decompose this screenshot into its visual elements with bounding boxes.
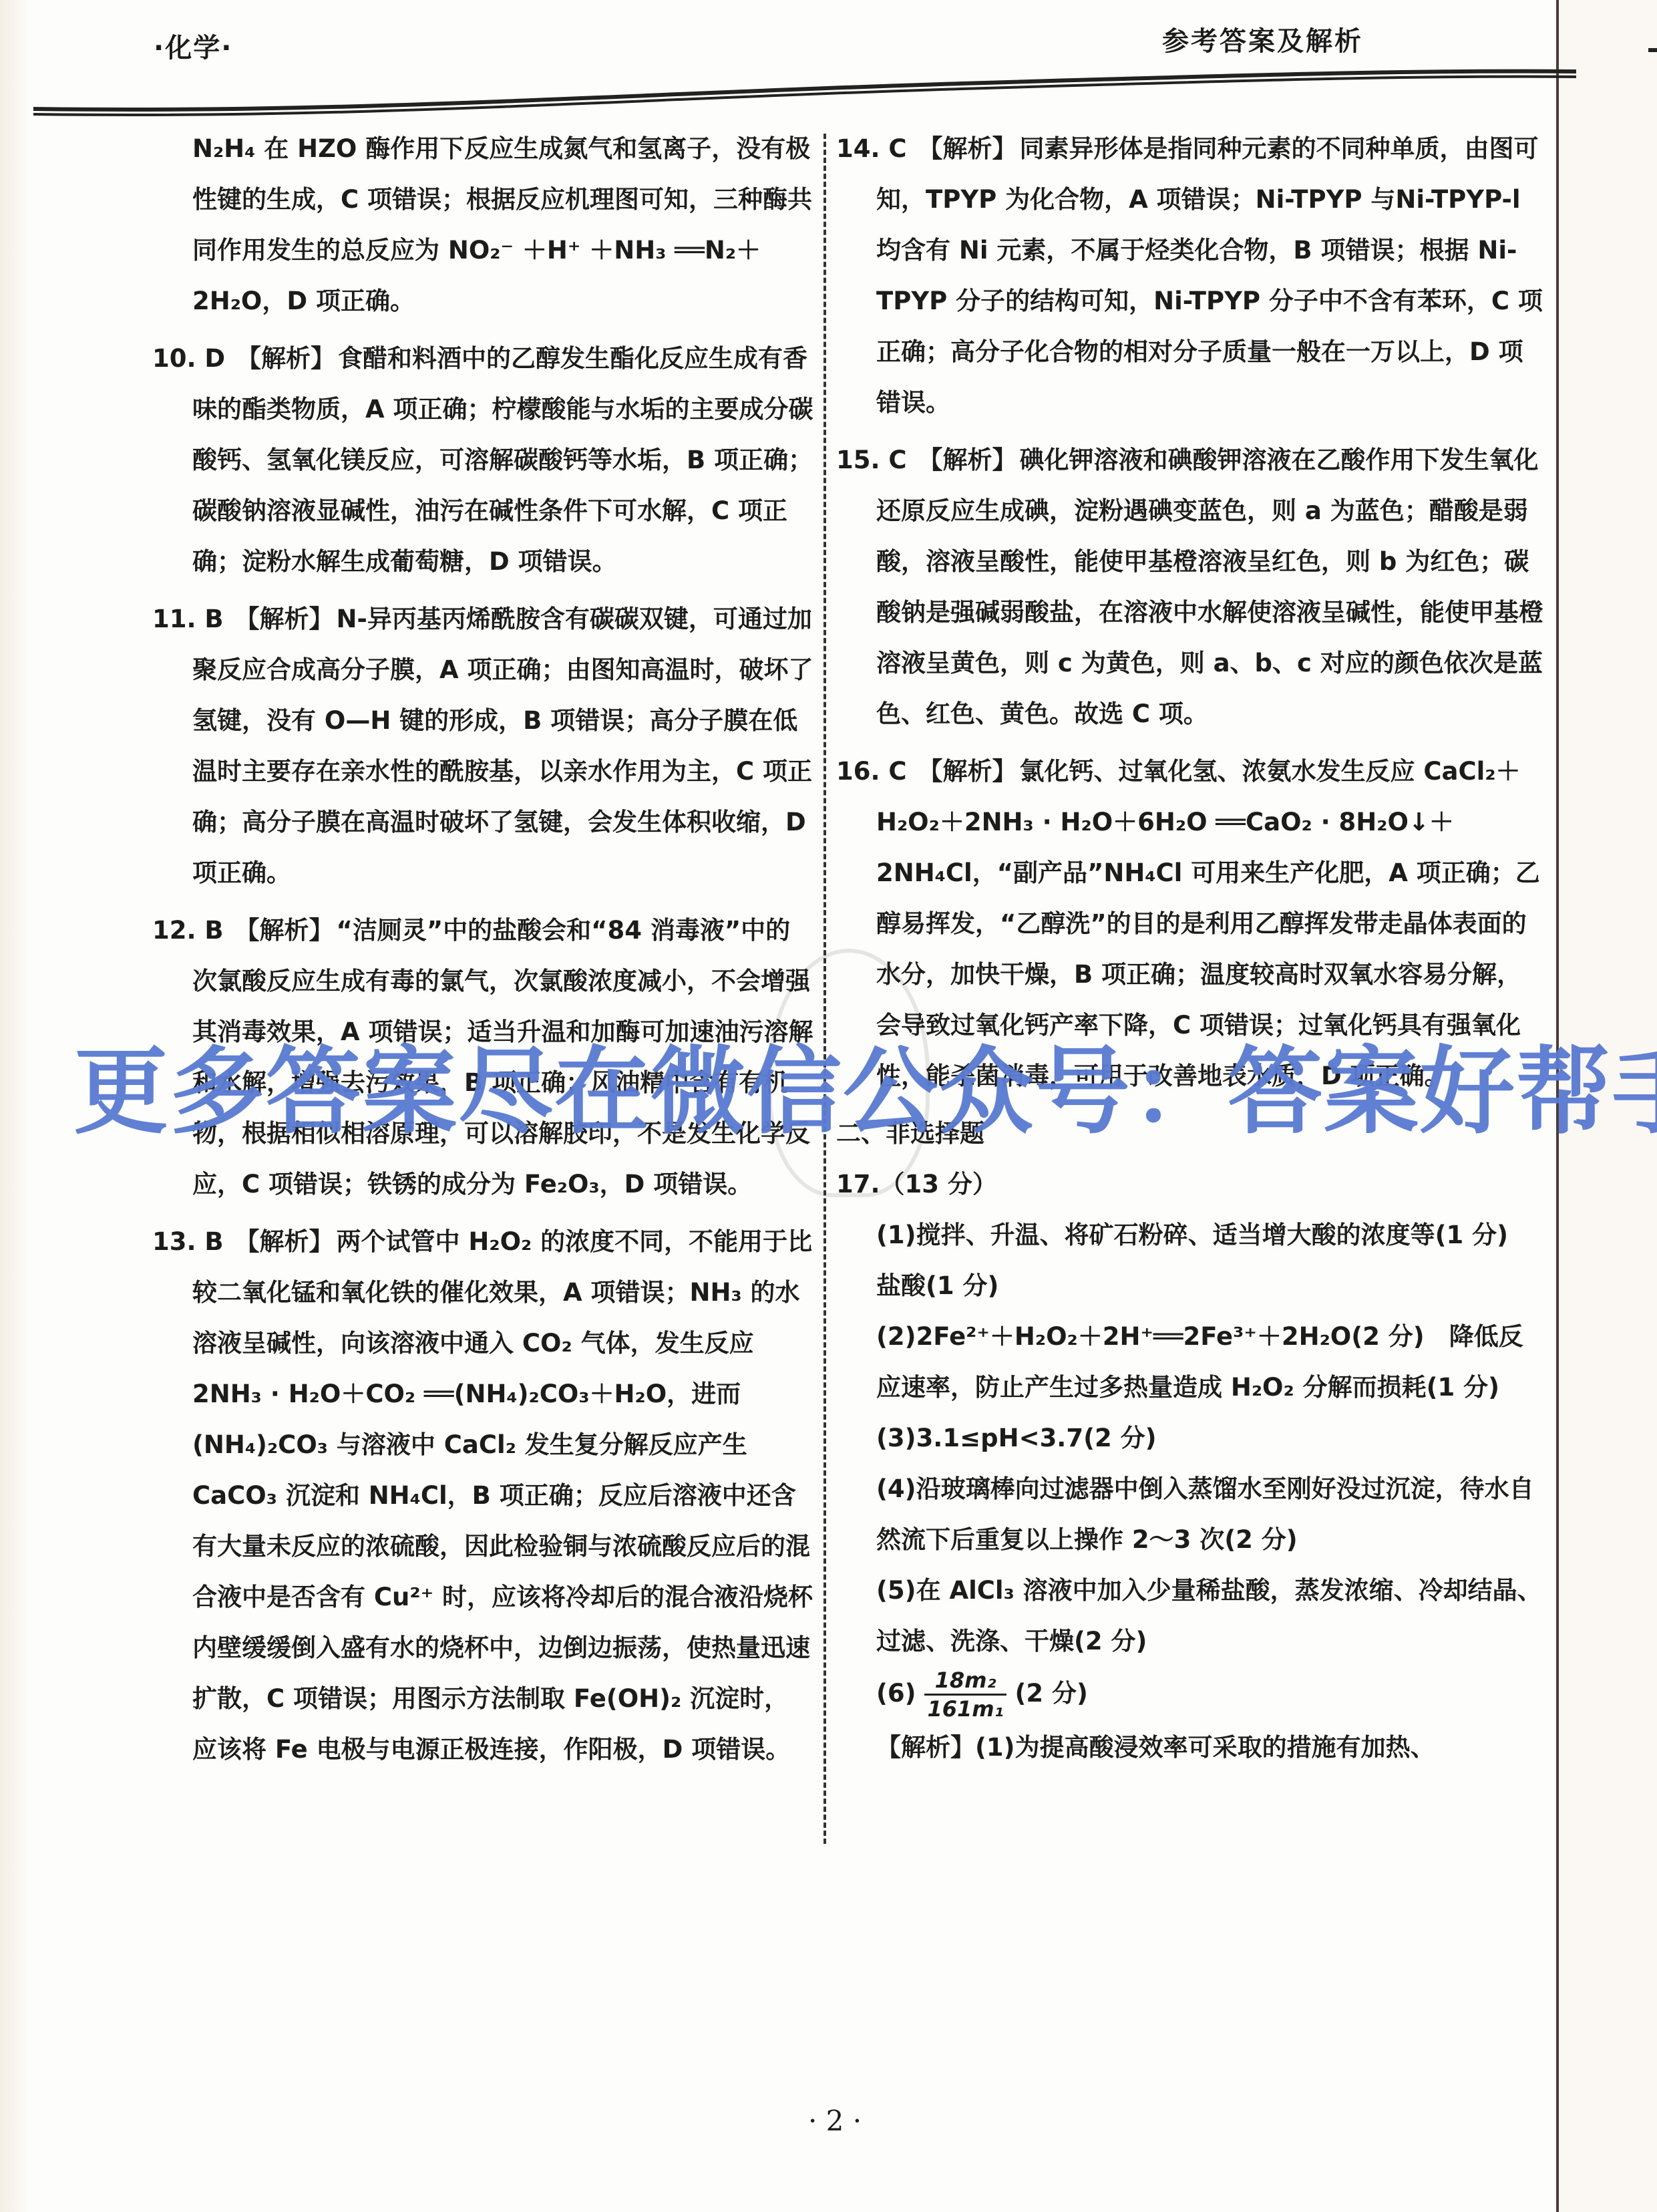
answer-body: 碘化钾溶液和碘酸钾溶液在乙酸作用下发生氧化还原反应生成碘，淀粉遇碘变蓝色，则 a… (876, 446, 1543, 728)
continuation-paragraph: N₂H₄ 在 HZO 酶作用下反应生成氮气和氢离子，没有极性键的生成，C 项错误… (152, 124, 813, 327)
header-subject: ·化学· (154, 27, 232, 65)
q17-part-4: (4)沿玻璃棒向过滤器中倒入蒸馏水至刚好没过沉淀，待水自然流下后重复以上操作 2… (836, 1464, 1544, 1565)
analysis-tag: 【解析】 (918, 446, 1017, 474)
page-number: · 2 · (781, 2104, 888, 2137)
analysis-tag: 【解析】 (918, 134, 1017, 163)
answer-number: 12. B (152, 916, 224, 945)
page-edge-left (0, 0, 27, 2212)
analysis-tag: 【解析】 (918, 757, 1017, 786)
answer-body: 食醋和料酒中的乙醇发生酯化反应生成有香味的酯类物质，A 项正确；柠檬酸能与水垢的… (192, 344, 813, 576)
answer-item-13: 13. B 【解析】两个试管中 H₂O₂ 的浓度不同，不能用于比较二氧化锰和氧化… (152, 1217, 813, 1775)
q17-part-2: (2)2Fe²⁺＋H₂O₂＋2H⁺══2Fe³⁺＋2H₂O(2 分) 降低反应速… (836, 1311, 1544, 1413)
answer-body: 同素异形体是指同种元素的不同种单质，由图可知，TPYP 为化合物，A 项错误；N… (876, 134, 1543, 417)
answer-number: 11. B (152, 605, 224, 633)
header-title: 参考答案及解析 (1162, 20, 1363, 58)
answer-number: 16. C (836, 757, 907, 786)
right-column: 14. C 【解析】同素异形体是指同种元素的不同种单质，由图可知，TPYP 为化… (836, 124, 1544, 1773)
left-column: N₂H₄ 在 HZO 酶作用下反应生成氮气和氢离子，没有极性键的生成，C 项错误… (152, 124, 813, 1782)
answer-item-11: 11. B 【解析】N-异丙基丙烯酰胺含有碳碳双键，可通过加聚反应合成高分子膜，… (152, 594, 813, 899)
answer-item-14: 14. C 【解析】同素异形体是指同种元素的不同种单质，由图可知，TPYP 为化… (836, 124, 1544, 428)
header-wave-rule (27, 63, 1576, 117)
fraction-denominator: 161m₁ (924, 1696, 1006, 1722)
column-divider (823, 134, 826, 1844)
analysis-tag: 【解析】 (235, 605, 334, 633)
part6-prefix: (6) (876, 1679, 916, 1708)
analysis-body: (1)为提高酸浸效率可采取的措施有加热、 (975, 1733, 1435, 1762)
q17-part-5: (5)在 AlCl₃ 溶液中加入少量稀盐酸，蒸发浓缩、冷却结晶、过滤、洗涤、干燥… (836, 1565, 1544, 1667)
answer-number: 15. C (836, 446, 907, 474)
watermark-banner: 更多答案尽在微信公众号：答案好帮手 (73, 1042, 1596, 1142)
edge-mark (1648, 48, 1657, 52)
answer-number: 13. B (152, 1227, 224, 1256)
q17-analysis: 【解析】(1)为提高酸浸效率可采取的措施有加热、 (836, 1722, 1544, 1773)
q17-part-6: (6) 18m₂ 161m₁ (2 分) (836, 1667, 1544, 1722)
answer-item-15: 15. C 【解析】碘化钾溶液和碘酸钾溶液在乙酸作用下发生氧化还原反应生成碘，淀… (836, 435, 1544, 740)
continuation-text: N₂H₄ 在 HZO 酶作用下反应生成氮气和氢离子，没有极性键的生成，C 项错误… (192, 134, 812, 315)
answer-body: 两个试管中 H₂O₂ 的浓度不同，不能用于比较二氧化锰和氧化铁的催化效果，A 项… (192, 1227, 813, 1764)
q17-part-1: (1)搅拌、升温、将矿石粉碎、适当增大酸的浓度等(1 分) 盐酸(1 分) (836, 1210, 1544, 1311)
analysis-tag: 【解析】 (235, 916, 334, 945)
answer-body: N-异丙基丙烯酰胺含有碳碳双键，可通过加聚反应合成高分子膜，A 项正确；由图知高… (192, 605, 813, 887)
answer-number: 10. D (152, 344, 225, 373)
q17-part-3: (3)3.1≤pH<3.7(2 分) (836, 1413, 1544, 1464)
fraction-formula: 18m₂ 161m₁ (924, 1667, 1006, 1722)
part6-suffix: (2 分) (1015, 1679, 1088, 1708)
analysis-tag: 【解析】 (876, 1733, 975, 1762)
fraction-numerator: 18m₂ (924, 1667, 1006, 1696)
analysis-tag: 【解析】 (236, 344, 335, 373)
answer-number: 14. C (836, 134, 907, 163)
answer-item-10: 10. D 【解析】食醋和料酒中的乙醇发生酯化反应生成有香味的酯类物质，A 项正… (152, 333, 813, 587)
analysis-tag: 【解析】 (235, 1227, 334, 1256)
question-17-heading: 17.（13 分） (836, 1159, 1544, 1210)
